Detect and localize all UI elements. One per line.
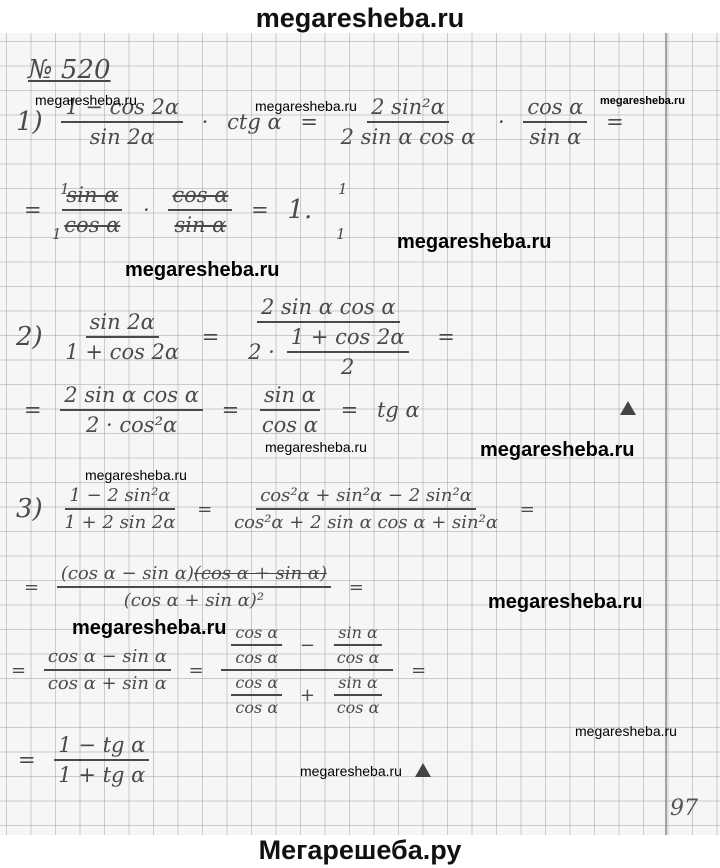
end-mark-triangle-icon: [415, 763, 431, 777]
fraction: sin αcos α: [258, 383, 322, 437]
cancel-mark: 1: [336, 225, 346, 243]
watermark: megaresheba.ru: [488, 591, 643, 614]
watermark: megaresheba.ru: [125, 259, 280, 282]
problem-number: № 520: [28, 55, 111, 85]
part2-result: tg α: [377, 398, 420, 422]
compound-fraction: cos αcos α − sin αcos α cos αcos α + sin…: [221, 623, 393, 717]
part3-label: 3): [16, 494, 43, 524]
part3-line1: 3) 1 − 2 sin²α1 + 2 sin 2α = cos²α + sin…: [10, 485, 541, 533]
fraction: sin 2α1 + cos 2α: [61, 310, 183, 364]
part2-line2: = 2 sin α cos α2 · cos²α = sin αcos α = …: [18, 383, 426, 437]
margin-line: [665, 33, 667, 835]
watermark: megaresheba.ru: [35, 92, 137, 108]
cancel-mark: 1: [52, 225, 62, 243]
fraction: 1 − 2 sin²α1 + 2 sin 2α: [60, 485, 179, 533]
fraction: 1 − tg α1 + tg α: [54, 733, 149, 787]
part3-line2: = (cos α − sin α)(cos α + sin α)(cos α +…: [18, 563, 370, 611]
site-footer[interactable]: Мегарешеба.ру: [0, 835, 720, 868]
fraction: 2 sin α cos α2 · cos²α: [60, 383, 203, 437]
watermark: megaresheba.ru: [72, 617, 227, 640]
fraction: 2 sin α cos α 2 ·1 + cos 2α2: [238, 295, 418, 379]
end-mark-triangle-icon: [620, 401, 636, 415]
grid-paper-page: № 520 1) 1 − cos 2αsin 2α · ctg α = 2 si…: [0, 33, 720, 835]
part1-result: 1.: [287, 195, 312, 225]
part2-line1: 2) sin 2α1 + cos 2α = 2 sin α cos α 2 ·1…: [10, 295, 461, 379]
part1-label: 1): [16, 107, 43, 137]
fraction: (cos α − sin α)(cos α + sin α)(cos α + s…: [57, 563, 331, 611]
page-number: 97: [670, 796, 698, 821]
watermark: megaresheba.ru: [265, 439, 367, 455]
fraction: cos²α + sin²α − 2 sin²αcos²α + 2 sin α c…: [230, 485, 502, 533]
fraction: cos αsin α: [168, 183, 232, 237]
fraction: 2 sin²α2 sin α cos α: [337, 95, 480, 149]
watermark: megaresheba.ru: [255, 98, 357, 114]
watermark: megaresheba.ru: [300, 763, 402, 779]
fraction: cos αsin α: [523, 95, 587, 149]
part2-label: 2): [16, 322, 43, 352]
watermark: megaresheba.ru: [480, 439, 635, 462]
cancel-mark: 1: [338, 180, 348, 198]
watermark: megaresheba.ru: [397, 231, 552, 254]
cancel-mark: 1: [60, 180, 70, 198]
watermark: megaresheba.ru: [85, 467, 187, 483]
fraction: sin αcos α: [60, 183, 124, 237]
fraction: cos α − sin αcos α + sin α: [44, 646, 171, 694]
part3-line4: = 1 − tg α1 + tg α: [12, 733, 155, 787]
watermark: megaresheba.ru: [600, 95, 685, 107]
watermark: megaresheba.ru: [575, 723, 677, 739]
